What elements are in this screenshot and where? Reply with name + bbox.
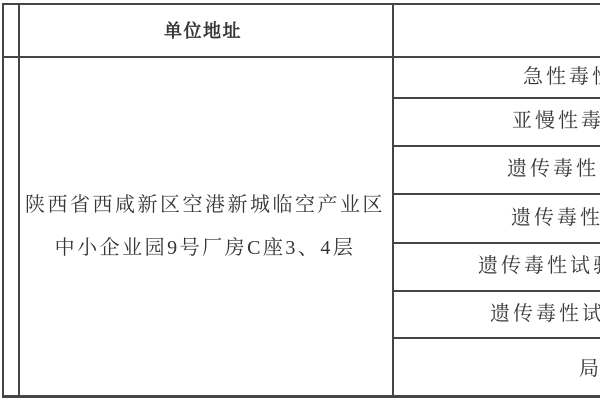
header-cell-unit-address: 单位地址 xyxy=(18,5,388,55)
table-row-label-acute-toxicity: 急性毒性 xyxy=(523,64,600,90)
table-border-left-edge xyxy=(2,3,4,397)
table-border-row5 xyxy=(392,290,600,292)
table-border-bottom xyxy=(2,395,600,398)
table-row-label-genetic-toxicity-test-1: 遗传毒性试验 xyxy=(478,253,600,279)
table-row-label-local-toxicity: 局 xyxy=(579,356,600,382)
table-border-row3 xyxy=(392,193,600,195)
table-border-row6 xyxy=(392,337,600,339)
table-row-label-subchronic-toxicity: 亚慢性毒 xyxy=(512,108,600,134)
table-border-row4 xyxy=(392,242,600,244)
document-table-screenshot: 单位地址 陕西省西咸新区空港新城临空产业区 中小企业园9号厂房C座3、4层 急性… xyxy=(0,0,600,400)
table-row-label-genetic-toxicity-test-2: 遗传毒性试 xyxy=(490,301,600,327)
table-border-header-bottom xyxy=(2,56,600,58)
address-line-1: 陕西省西咸新区空港新城临空产业区 xyxy=(18,192,392,218)
table-border-row2 xyxy=(392,145,600,147)
table-row-label-genetic-toxicity-2: 遗传毒性 xyxy=(511,205,600,231)
address-line-2: 中小企业园9号厂房C座3、4层 xyxy=(18,235,392,261)
table-row-label-genetic-toxicity-1: 遗传毒性 xyxy=(507,156,599,182)
table-border-row1 xyxy=(392,97,600,99)
